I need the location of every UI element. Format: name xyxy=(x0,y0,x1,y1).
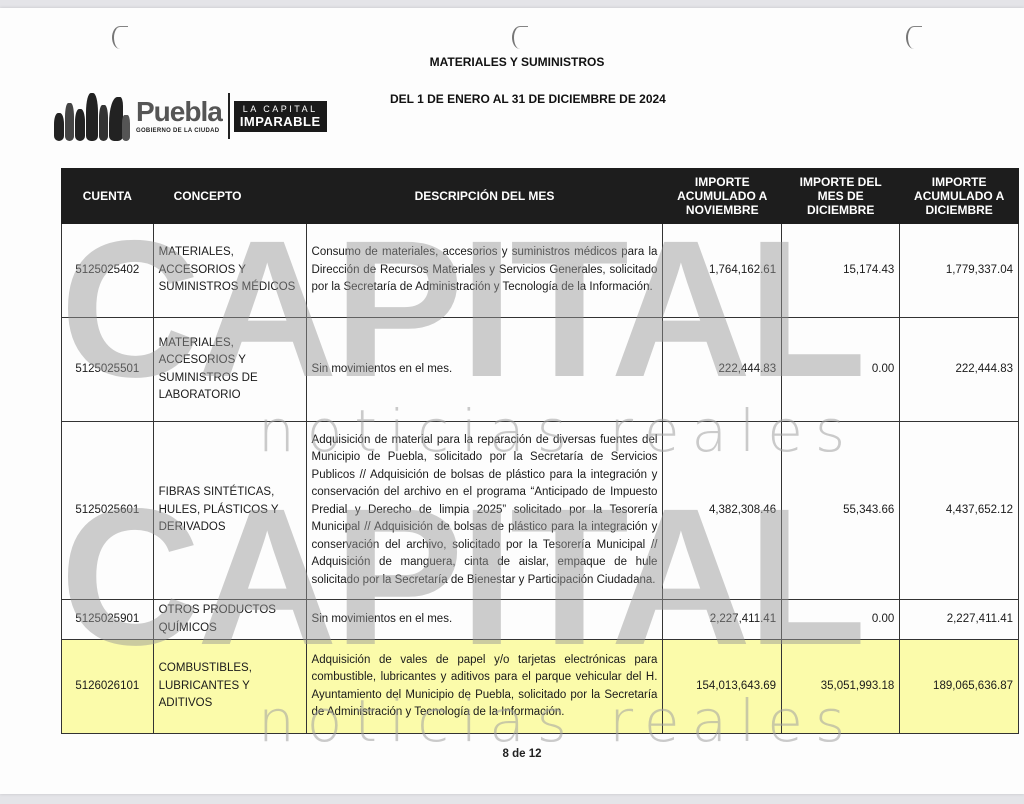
cell-cuenta: 5125025601 xyxy=(62,422,154,600)
cell-mes-diciembre: 55,343.66 xyxy=(782,422,900,600)
logo-badge: LA CAPITAL IMPARABLE xyxy=(234,101,327,132)
logo-divider xyxy=(228,93,230,139)
punch-hole-icon xyxy=(906,26,922,49)
cell-cuenta: 5125025901 xyxy=(62,600,154,640)
badge-line-2: IMPARABLE xyxy=(240,114,321,129)
table-header-row: CUENTA CONCEPTO DESCRIPCIÓN DEL MES IMPO… xyxy=(62,169,1019,224)
cell-acumulado-diciembre: 1,779,337.04 xyxy=(900,224,1019,318)
cell-mes-diciembre: 0.00 xyxy=(782,318,900,422)
cell-acumulado-noviembre: 2,227,411.41 xyxy=(663,600,782,640)
col-acumulado-diciembre: IMPORTE ACUMULADO A DICIEMBRE xyxy=(900,169,1019,224)
cell-acumulado-noviembre: 154,013,643.69 xyxy=(663,640,782,734)
cell-concepto: MATERIALES, ACCESORIOS Y SUMINISTROS MÉD… xyxy=(153,224,306,318)
cell-concepto: OTROS PRODUCTOS QUÍMICOS xyxy=(153,600,306,640)
cell-acumulado-noviembre: 222,444.83 xyxy=(663,318,782,422)
cell-descripcion: Adquisición de material para la reparaci… xyxy=(306,422,663,600)
col-concepto: CONCEPTO xyxy=(153,169,306,224)
cell-descripcion: Sin movimientos en el mes. xyxy=(306,600,663,640)
punch-hole-icon xyxy=(512,26,528,49)
cell-mes-diciembre: 15,174.43 xyxy=(782,224,900,318)
cell-acumulado-noviembre: 1,764,162.61 xyxy=(663,224,782,318)
cell-descripcion: Adquisición de vales de papel y/o tarjet… xyxy=(306,640,663,734)
cell-acumulado-diciembre: 2,227,411.41 xyxy=(900,600,1019,640)
punch-hole-icon xyxy=(112,26,128,49)
col-descripcion: DESCRIPCIÓN DEL MES xyxy=(306,169,663,224)
logo-subtitle: GOBIERNO DE LA CIUDAD xyxy=(136,128,222,134)
cell-concepto: FIBRAS SINTÉTICAS, HULES, PLÁSTICOS Y DE… xyxy=(153,422,306,600)
logo-name: Puebla xyxy=(136,98,222,126)
materials-table: CUENTA CONCEPTO DESCRIPCIÓN DEL MES IMPO… xyxy=(61,168,1019,734)
cell-mes-diciembre: 35,051,993.18 xyxy=(782,640,900,734)
cell-cuenta: 5126026101 xyxy=(62,640,154,734)
cell-acumulado-diciembre: 4,437,652.12 xyxy=(900,422,1019,600)
city-emblem-icon xyxy=(52,91,132,141)
report-period: DEL 1 DE ENERO AL 31 DE DICIEMBRE DE 202… xyxy=(390,92,666,106)
cell-descripcion: Sin movimientos en el mes. xyxy=(306,318,663,422)
cell-acumulado-diciembre: 222,444.83 xyxy=(900,318,1019,422)
table-row: 5125025901OTROS PRODUCTOS QUÍMICOSSin mo… xyxy=(62,600,1019,640)
table-row: 5125025501MATERIALES, ACCESORIOS Y SUMIN… xyxy=(62,318,1019,422)
cell-mes-diciembre: 0.00 xyxy=(782,600,900,640)
cell-concepto: MATERIALES, ACCESORIOS Y SUMINISTROS DE … xyxy=(153,318,306,422)
col-cuenta: CUENTA xyxy=(62,169,154,224)
cell-descripcion: Consumo de materiales, accesorios y sumi… xyxy=(306,224,663,318)
report-title: MATERIALES Y SUMINISTROS xyxy=(0,55,1024,69)
page-number: 8 de 12 xyxy=(0,748,1024,760)
badge-line-1: LA CAPITAL xyxy=(243,104,318,114)
cell-concepto: COMBUSTIBLES, LUBRICANTES Y ADITIVOS xyxy=(153,640,306,734)
cell-acumulado-diciembre: 189,065,636.87 xyxy=(900,640,1019,734)
col-acumulado-noviembre: IMPORTE ACUMULADO A NOVIEMBRE xyxy=(663,169,782,224)
puebla-logo: Puebla GOBIERNO DE LA CIUDAD LA CAPITAL … xyxy=(52,88,327,144)
table-row: 5125025601FIBRAS SINTÉTICAS, HULES, PLÁS… xyxy=(62,422,1019,600)
cell-cuenta: 5125025402 xyxy=(62,224,154,318)
cell-acumulado-noviembre: 4,382,308.46 xyxy=(663,422,782,600)
table-row: 5126026101COMBUSTIBLES, LUBRICANTES Y AD… xyxy=(62,640,1019,734)
table-row: 5125025402MATERIALES, ACCESORIOS Y SUMIN… xyxy=(62,224,1019,318)
col-mes-diciembre: IMPORTE DEL MES DE DICIEMBRE xyxy=(782,169,900,224)
cell-cuenta: 5125025501 xyxy=(62,318,154,422)
